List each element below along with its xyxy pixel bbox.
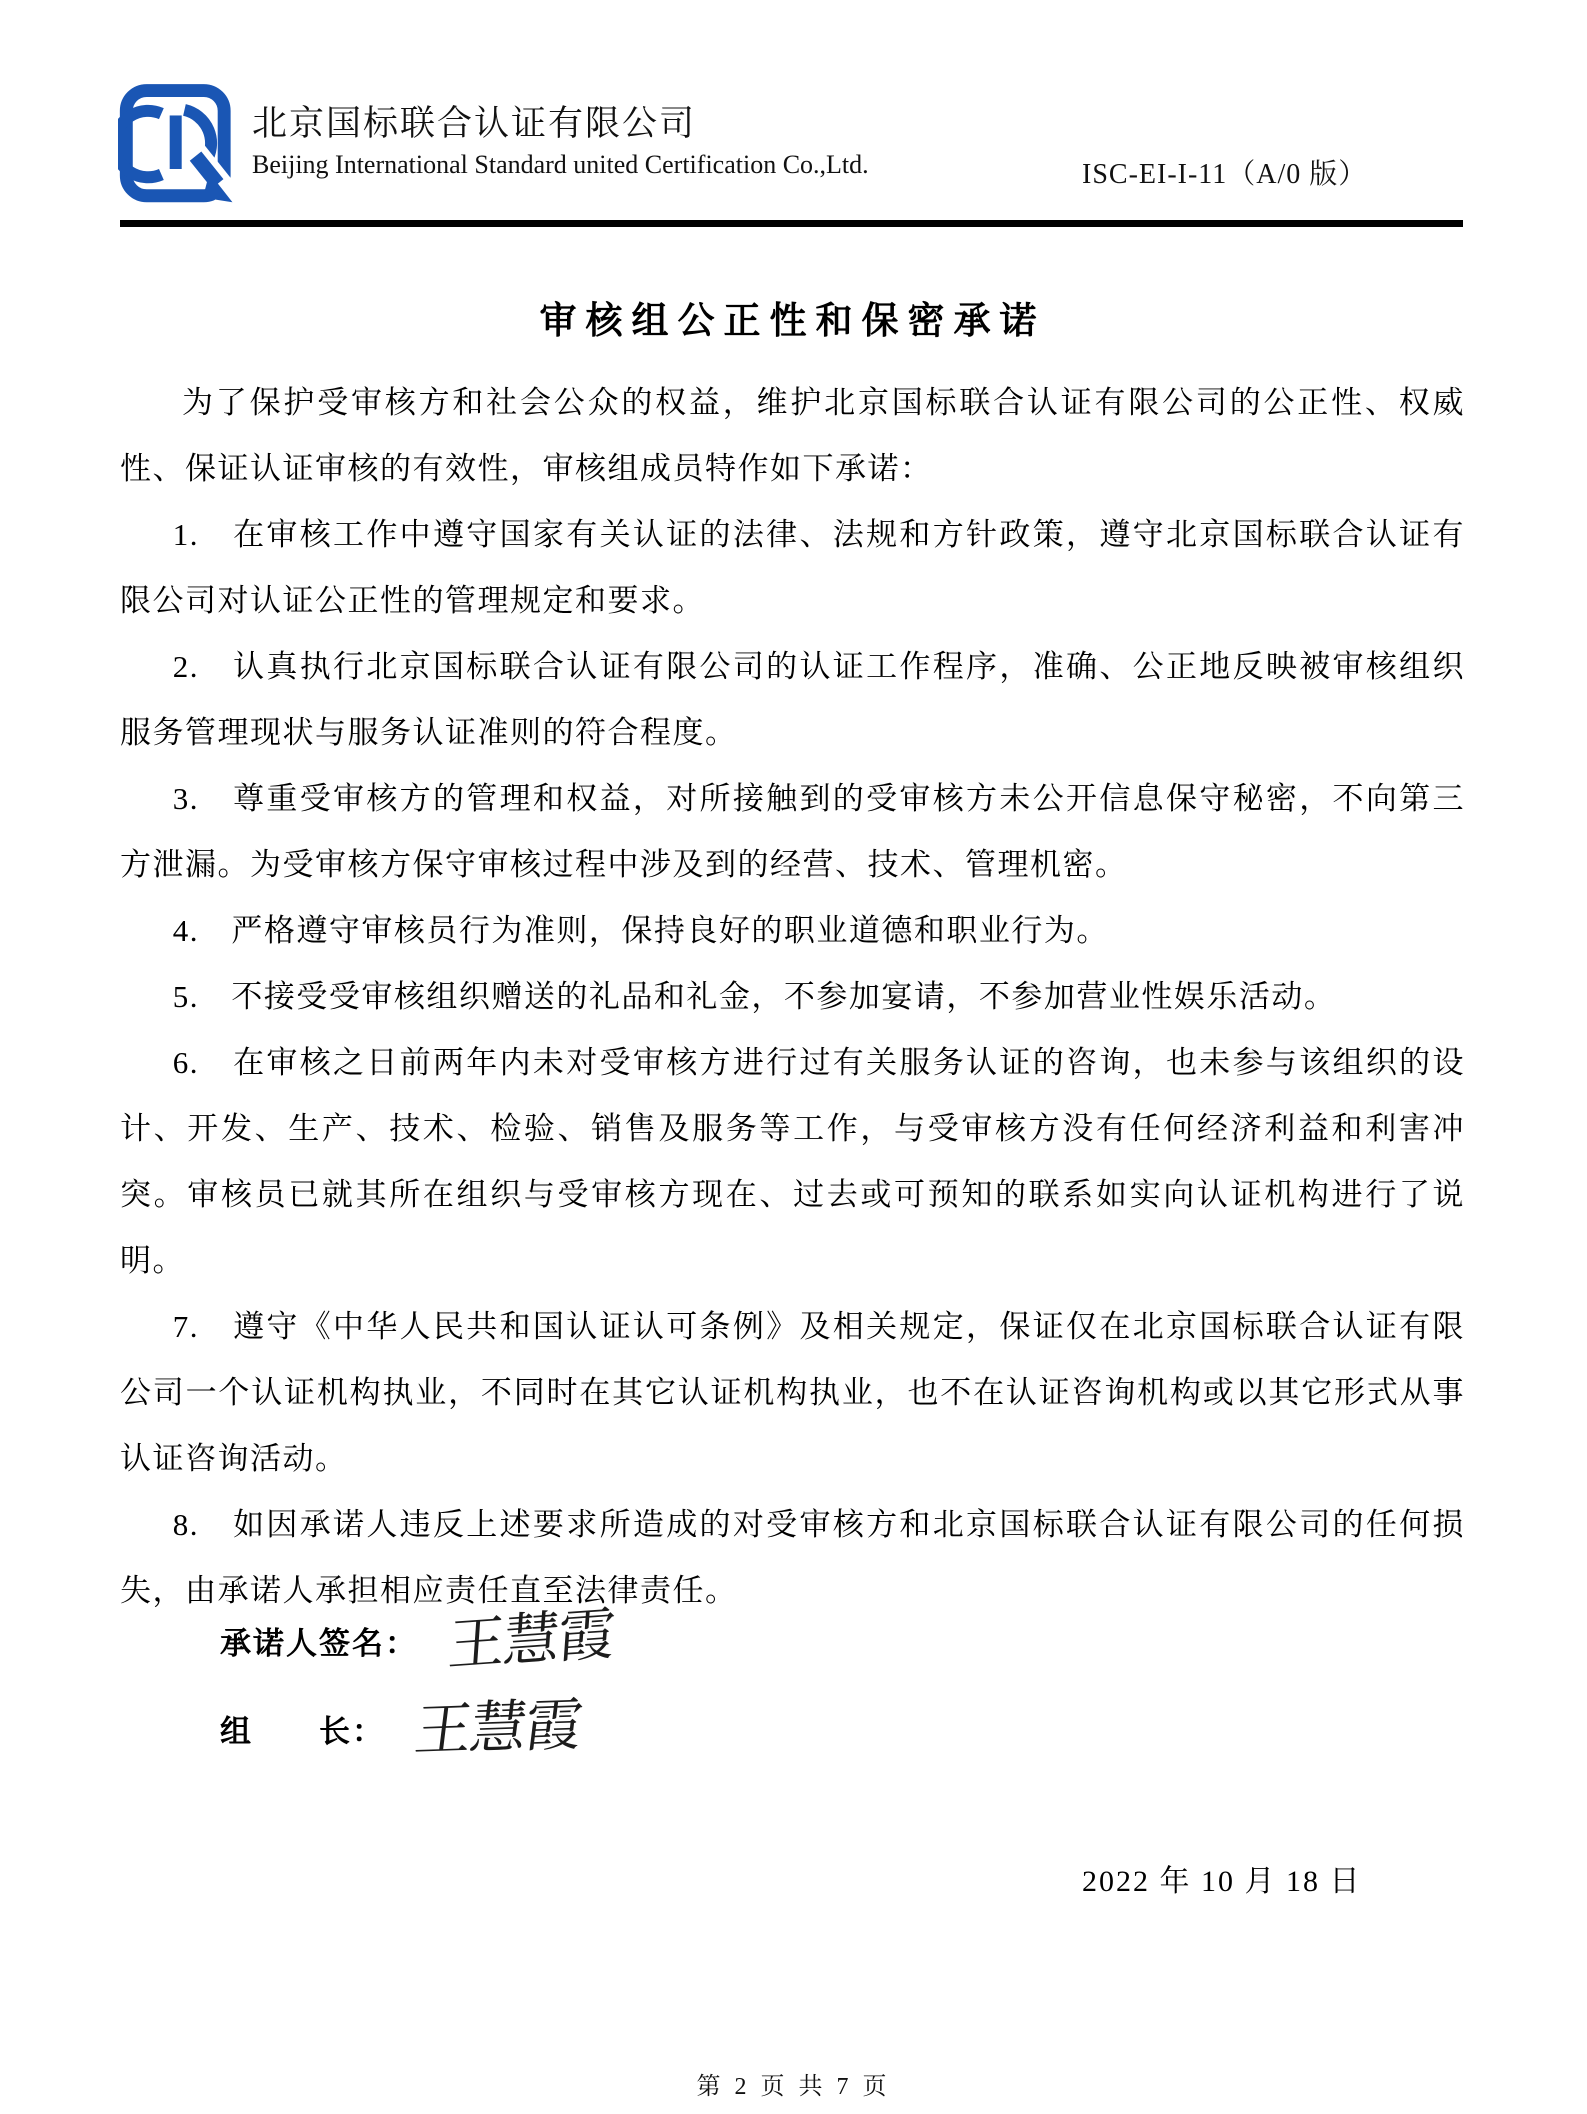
- body-paragraph: 7. 遵守《中华人民共和国认证认可条例》及相关规定，保证仅在北京国标联合认证有限…: [120, 1294, 1465, 1492]
- signer-signature-row: 承诺人签名： 王慧霞: [220, 1612, 613, 1669]
- leader-signature-row: 组 长： 王慧霞: [220, 1700, 580, 1757]
- body-paragraph: 2. 认真执行北京国标联合认证有限公司的认证工作程序，准确、公正地反映被审核组织…: [120, 634, 1465, 766]
- body-paragraph: 4. 严格遵守审核员行为准则，保持良好的职业道德和职业行为。: [120, 898, 1465, 964]
- body-paragraph: 为了保护受审核方和社会公众的权益，维护北京国标联合认证有限公司的公正性、权威性、…: [120, 370, 1465, 502]
- header-divider: [120, 220, 1463, 227]
- signer-label: 承诺人签名：: [220, 1618, 418, 1663]
- company-logo-icon: [118, 84, 238, 206]
- doc-number: ISC-EI-I-11（A/0 版）: [1082, 152, 1367, 192]
- body-paragraph: 3. 尊重受审核方的管理和权益，对所接触到的受审核方未公开信息保守秘密，不向第三…: [120, 766, 1465, 898]
- leader-signature: 王慧霞: [412, 1697, 584, 1760]
- body-paragraph: 6. 在审核之日前两年内未对受审核方进行过有关服务认证的咨询，也未参与该组织的设…: [120, 1030, 1465, 1294]
- body-paragraph: 5. 不接受受审核组织赠送的礼品和礼金，不参加宴请，不参加营业性娱乐活动。: [120, 964, 1465, 1030]
- page-footer: 第 2 页 共 7 页: [0, 2066, 1587, 2101]
- document-body: 审核组公正性和保密承诺 为了保护受审核方和社会公众的权益，维护北京国标联合认证有…: [120, 296, 1465, 1624]
- page-title: 审核组公正性和保密承诺: [120, 296, 1465, 348]
- body-paragraph: 1. 在审核工作中遵守国家有关认证的法律、法规和方针政策，遵守北京国标联合认证有…: [120, 502, 1465, 634]
- body-paragraph: 8. 如因承诺人违反上述要求所造成的对受审核方和北京国标联合认证有限公司的任何损…: [120, 1492, 1465, 1624]
- date: 2022 年 10 月 18 日: [1082, 1856, 1362, 1900]
- signer-signature: 王慧霞: [446, 1606, 615, 1675]
- leader-label: 组 长：: [220, 1706, 385, 1751]
- company-name-en: Beijing International Standard united Ce…: [252, 150, 869, 180]
- company-name-zh: 北京国标联合认证有限公司: [252, 96, 696, 146]
- document-page: 北京国标联合认证有限公司 Beijing International Stand…: [0, 0, 1587, 2114]
